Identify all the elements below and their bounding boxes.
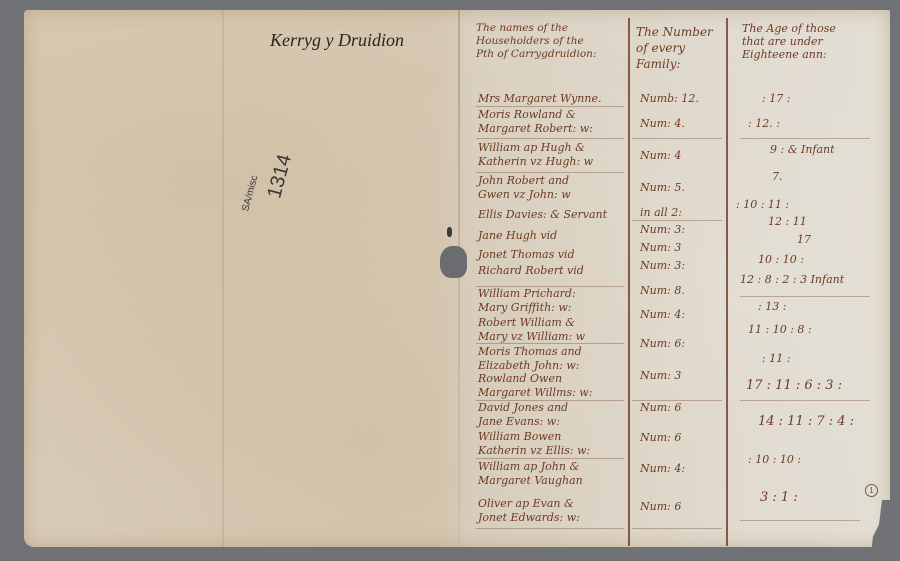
header-number-line: The Number — [636, 24, 713, 40]
row-5-ages: : 10 : 11 : — [736, 198, 789, 211]
name-line: William ap Hugh & — [478, 141, 593, 155]
header-number-line: of every — [636, 40, 713, 56]
row-14-names: William BowenKatherin vz Ellis: w: — [478, 430, 590, 458]
row-10-number: Num: 4: — [640, 308, 685, 321]
row-3-ages: 9 : & Infant — [770, 143, 835, 156]
row-16-ages: 3 : 1 : — [760, 490, 798, 505]
document-title: Kerryg y Druidion — [270, 30, 404, 51]
name-line: William Prichard: — [478, 287, 576, 301]
row-7-names: Jonet Thomas vid — [478, 248, 575, 262]
name-line: Mary vz William: w — [478, 330, 585, 344]
rule-line — [476, 528, 624, 529]
row-5-names: Ellis Davies: & Servant — [478, 208, 607, 222]
row-14-number: Num: 6 — [640, 431, 681, 444]
name-line: Robert William & — [478, 316, 585, 330]
name-line: Moris Rowland & — [478, 108, 593, 122]
row-9-names: William Prichard:Mary Griffith: w: — [478, 287, 576, 315]
row-6-ages: 12 : 11 — [768, 215, 807, 228]
rule-line — [476, 286, 624, 287]
row-8-ages: 10 : 10 : — [758, 253, 804, 266]
header-ages-line: Eighteene ann: — [742, 48, 836, 61]
row-2-names: Moris Rowland &Margaret Robert: w: — [478, 108, 593, 136]
rule-line — [632, 138, 722, 139]
name-line: Richard Robert vid — [478, 264, 584, 278]
fold-crease-center — [458, 10, 460, 547]
name-line: William ap John & — [478, 460, 583, 474]
row-12-number: Num: 3 — [640, 369, 681, 382]
fold-crease-left — [222, 10, 224, 547]
rule-line — [632, 528, 722, 529]
row-1-ages: : 17 : — [762, 92, 790, 105]
header-names-line: Pth of Carrygdruidion: — [476, 48, 596, 61]
row-14-ages: 14 : 11 : 7 : 4 : — [758, 414, 854, 429]
rule-line — [632, 220, 722, 221]
row-10-names: Robert William &Mary vz William: w — [478, 316, 585, 344]
name-line: Katherin vz Hugh: w — [478, 155, 593, 169]
name-line: Margaret Robert: w: — [478, 122, 593, 136]
row-7-number: Num: 3 — [640, 241, 681, 254]
row-13-ages: 17 : 11 : 6 : 3 : — [746, 378, 842, 393]
name-line: Margaret Vaughan — [478, 474, 583, 488]
header-ages-line: The Age of those — [742, 22, 836, 35]
row-6-number: Num: 3: — [640, 223, 685, 236]
row-7-ages: 17 — [797, 233, 811, 246]
row-2-ages: : 12. : — [748, 117, 780, 130]
rule-line — [476, 138, 624, 139]
header-ages-line: that are under — [742, 35, 836, 48]
name-line: Jonet Thomas vid — [478, 248, 575, 262]
name-line: Katherin vz Ellis: w: — [478, 444, 590, 458]
row-3-names: William ap Hugh &Katherin vz Hugh: w — [478, 141, 593, 169]
rule-line — [476, 172, 624, 173]
column-rule-2 — [726, 18, 728, 546]
header-names-line: Householders of the — [476, 35, 596, 48]
name-line: William Bowen — [478, 430, 590, 444]
name-line: David Jones and — [478, 401, 568, 415]
row-11-number: Num: 6: — [640, 337, 685, 350]
row-8-number: Num: 3: — [640, 259, 685, 272]
paper-hole-small — [447, 227, 452, 237]
row-9-ages: 12 : 8 : 2 : 3 Infant — [740, 273, 844, 286]
name-line: John Robert and — [478, 174, 571, 188]
name-line: Margaret Willms: w: — [478, 386, 592, 400]
row-4-ages: 7. — [772, 170, 783, 183]
row-15-number: Num: 4: — [640, 462, 685, 475]
row-13-names: David Jones andJane Evans: w: — [478, 401, 568, 429]
row-15-names: William ap John &Margaret Vaughan — [478, 460, 583, 488]
row-15-ages: : 10 : 10 : — [748, 453, 801, 466]
rule-line — [476, 400, 624, 401]
row-12-names: Rowland OwenMargaret Willms: w: — [478, 372, 592, 400]
rule-line — [476, 458, 624, 459]
rule-line — [476, 343, 624, 344]
name-line: Jonet Edwards: w: — [478, 511, 580, 525]
row-11-names: Moris Thomas andElizabeth John: w: — [478, 345, 582, 373]
row-16-names: Oliver ap Evan &Jonet Edwards: w: — [478, 497, 580, 525]
name-line: Ellis Davies: & Servant — [478, 208, 607, 222]
rule-line — [476, 106, 624, 107]
header-number: The Number of every Family: — [636, 24, 713, 72]
row-6-names: Jane Hugh vid — [478, 229, 557, 243]
header-number-line: Family: — [636, 56, 713, 72]
row-3-number: Num: 4 — [640, 149, 681, 162]
row-1-number: Numb: 12. — [640, 92, 699, 105]
header-names-line: The names of the — [476, 22, 596, 35]
rule-line — [740, 520, 860, 521]
row-11-ages: 11 : 10 : 8 : — [748, 323, 812, 336]
name-line: Gwen vz John: w — [478, 188, 571, 202]
name-line: Jane Hugh vid — [478, 229, 557, 243]
name-line: Jane Evans: w: — [478, 415, 568, 429]
page-number-mark: 1 — [865, 484, 878, 497]
row-8-names: Richard Robert vid — [478, 264, 584, 278]
column-rule-1 — [628, 18, 630, 546]
row-13-number: Num: 6 — [640, 401, 681, 414]
name-line: Elizabeth John: w: — [478, 359, 582, 373]
rule-line — [740, 400, 870, 401]
name-line: Moris Thomas and — [478, 345, 582, 359]
name-line: Mary Griffith: w: — [478, 301, 576, 315]
name-line: Oliver ap Evan & — [478, 497, 580, 511]
name-line: Mrs Margaret Wynne. — [478, 92, 601, 106]
row-2-number: Num: 4. — [640, 117, 685, 130]
row-12-ages: : 11 : — [762, 352, 790, 365]
row-4-names: John Robert andGwen vz John: w — [478, 174, 571, 202]
rule-line — [740, 296, 870, 297]
row-5-number: in all 2: — [640, 206, 682, 219]
row-1-names: Mrs Margaret Wynne. — [478, 92, 601, 106]
header-names: The names of the Householders of the Pth… — [476, 22, 596, 61]
rule-line — [632, 400, 722, 401]
row-4-number: Num: 5. — [640, 181, 685, 194]
rule-line — [740, 138, 870, 139]
name-line: Rowland Owen — [478, 372, 592, 386]
header-ages: The Age of those that are under Eighteen… — [742, 22, 836, 61]
row-10-ages: : 13 : — [758, 300, 786, 313]
row-16-number: Num: 6 — [640, 500, 681, 513]
paper-hole — [440, 246, 467, 278]
row-9-number: Num: 8. — [640, 284, 685, 297]
